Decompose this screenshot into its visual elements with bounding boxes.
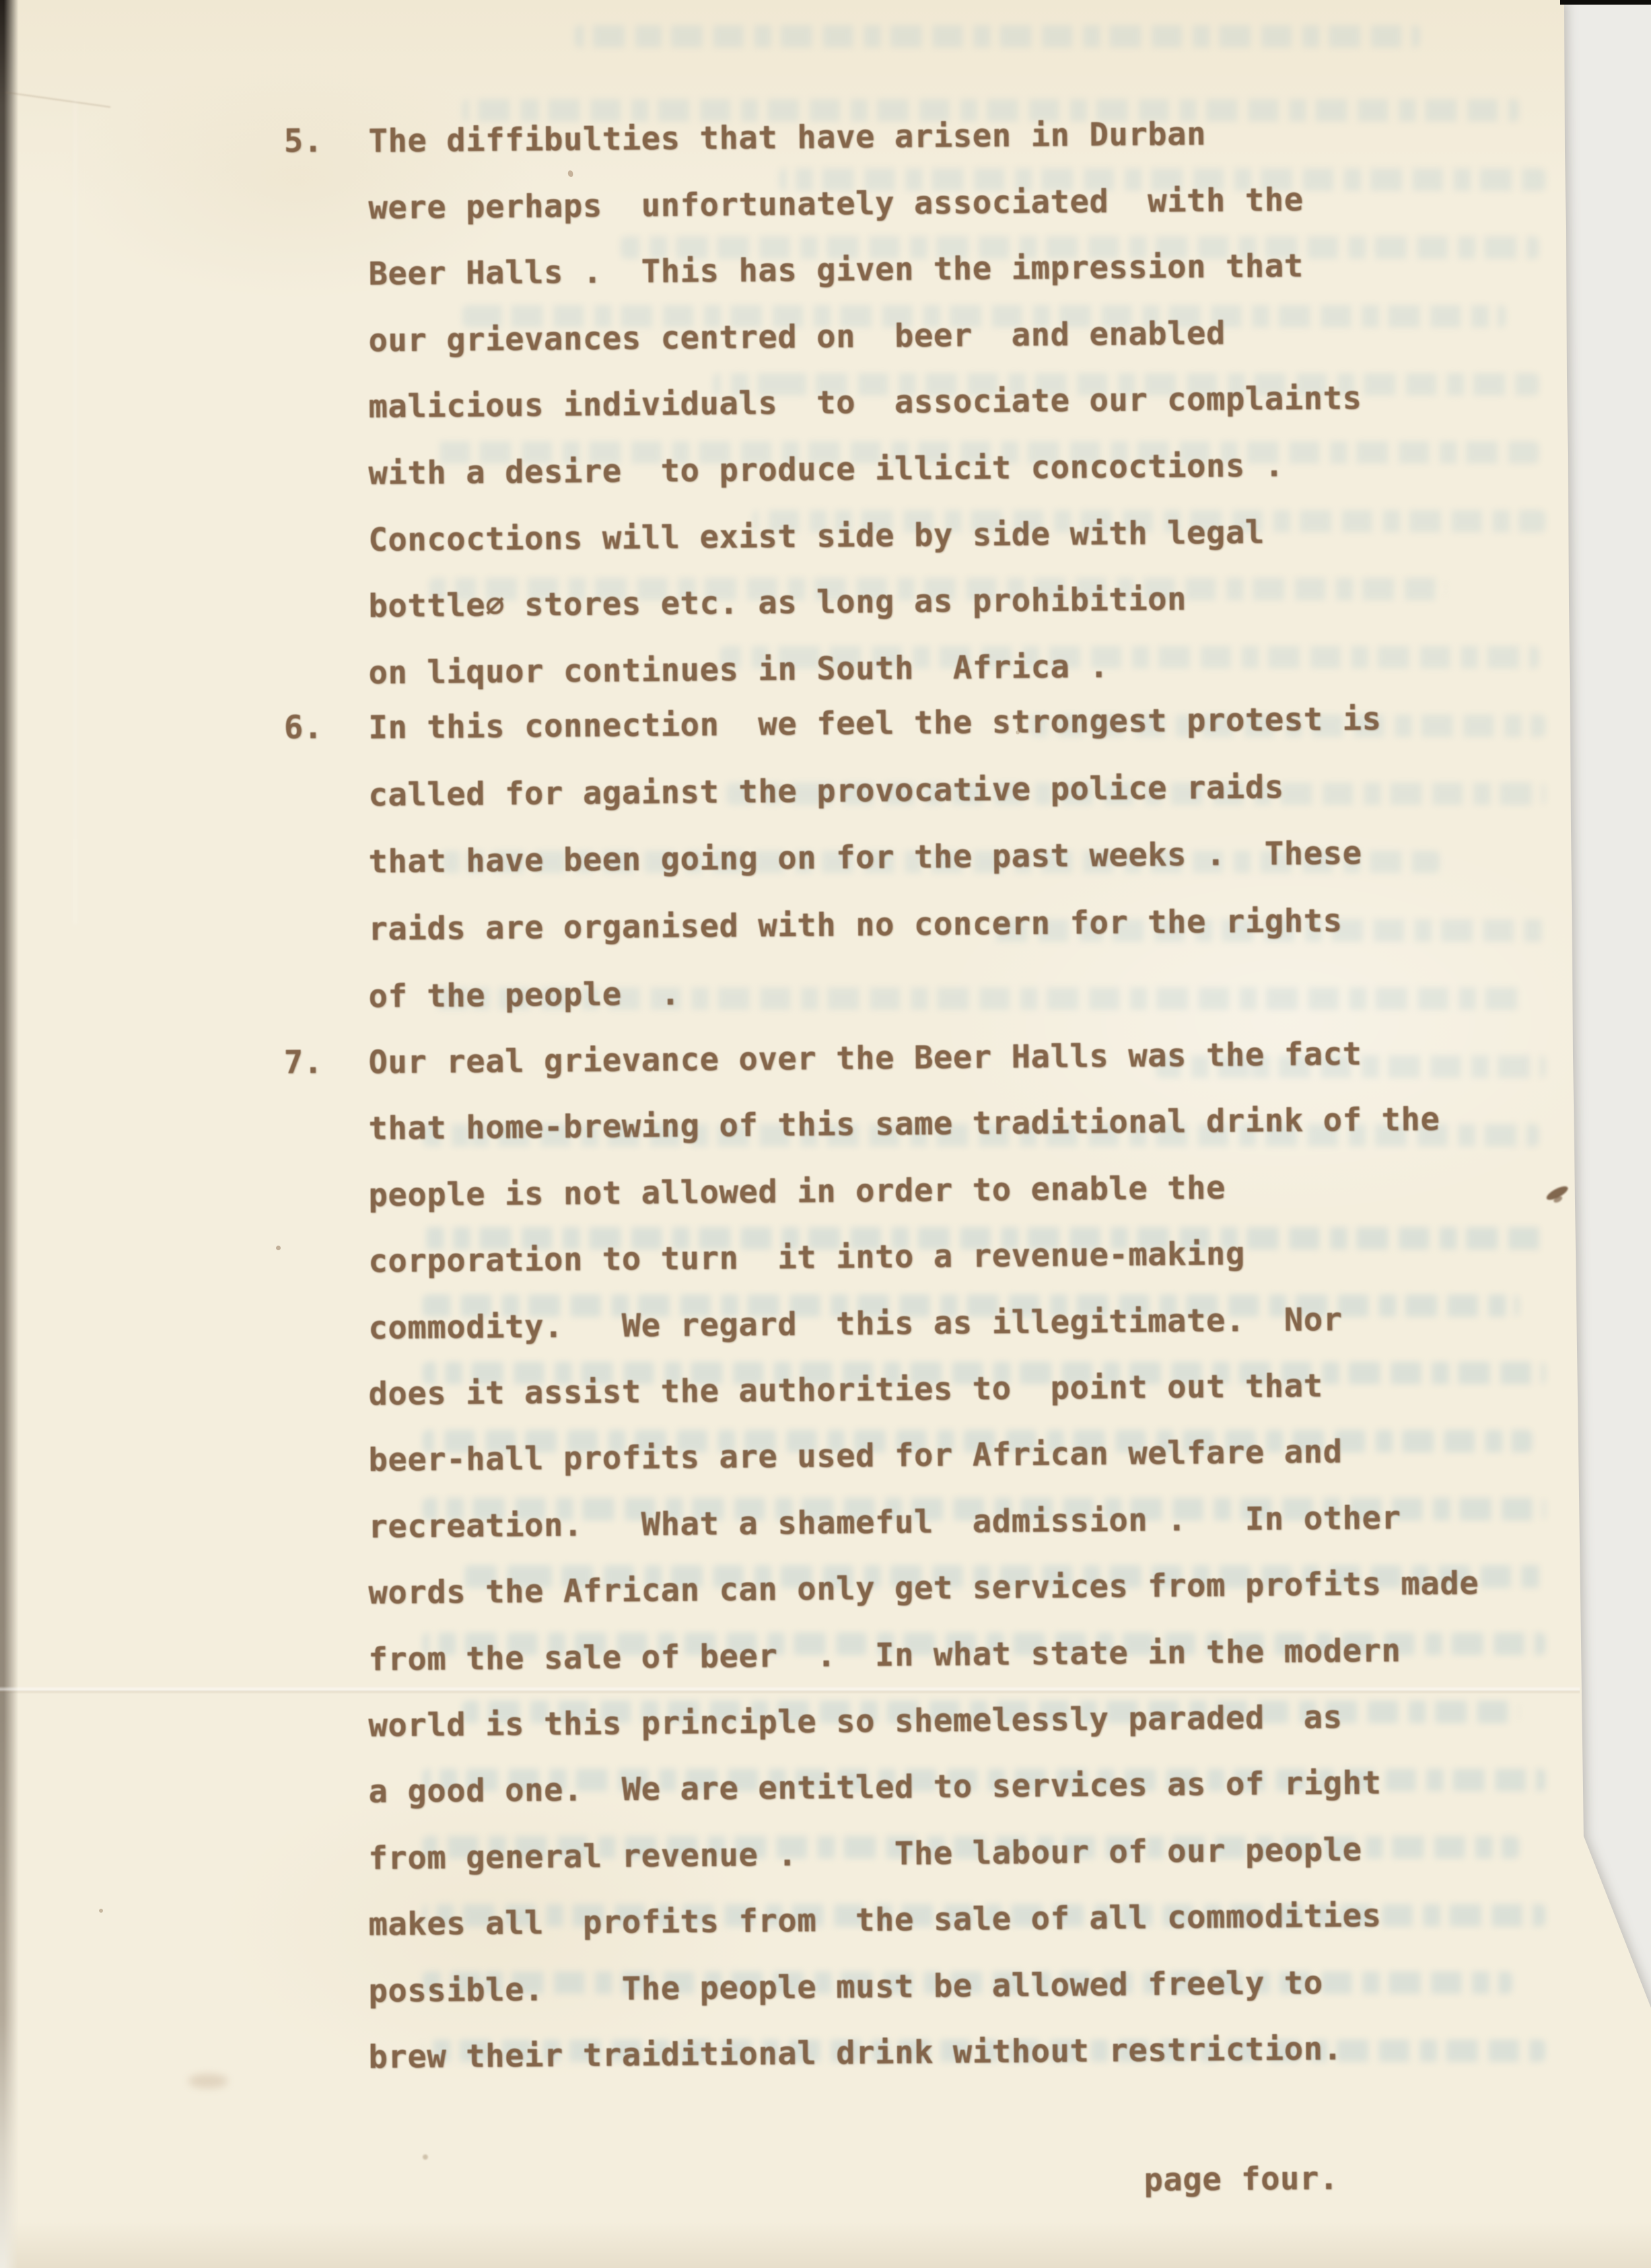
typed-line: The diffibulties that have arisen in Dur… <box>369 118 1207 157</box>
typed-line: brew their traiditional drink without re… <box>369 2033 1343 2073</box>
typed-line: recreation. What a shameful admission . … <box>369 1502 1401 1543</box>
typed-line: does it assist the authorities to point … <box>369 1370 1323 1410</box>
typed-line: commodity. We regard this as illegitimat… <box>369 1304 1343 1344</box>
document-page: 5.The diffibulties that have arisen in D… <box>0 0 1651 2268</box>
typed-line: Beer Halls . This has given the impressi… <box>369 250 1304 290</box>
typed-line: possible. The people must be allowed fre… <box>369 1967 1323 2007</box>
paper-speck <box>99 1909 103 1913</box>
typed-line: malicious individuals to associate our c… <box>369 382 1362 423</box>
typed-line: with a desire to produce illicit concoct… <box>369 450 1284 489</box>
typed-line: that have been going on for the past wee… <box>369 837 1362 878</box>
typed-line: were perhaps unfortunately associated wi… <box>369 184 1304 223</box>
typed-line: of the people . <box>369 978 680 1012</box>
paper-speck <box>1016 730 1020 734</box>
paper-crease <box>6 92 111 108</box>
page-number-footer: page four. <box>1144 2162 1339 2196</box>
typed-line: world is this principle so shemelessly p… <box>369 1701 1343 1742</box>
typed-line: our grievances centred on beer and enabl… <box>369 317 1226 356</box>
typed-line: bottle∅ stores etc. as long as prohibiti… <box>369 583 1187 622</box>
typed-line: that home-brewing of this same tradition… <box>369 1104 1440 1145</box>
background-black-sliver <box>1560 0 1651 5</box>
typed-line: Our real grievance over the Beer Halls w… <box>369 1038 1362 1079</box>
typed-line: called for against the provocative polic… <box>369 771 1284 811</box>
horizontal-fold-crease <box>0 1686 1580 1694</box>
typed-line: corporation to turn it into a revenue-ma… <box>369 1238 1246 1278</box>
typed-line: from general revenue . The labour of our… <box>369 1834 1362 1874</box>
typed-line: on liquor continues in South Africa . <box>369 651 1109 689</box>
typed-line: raids are organised with no concern for … <box>369 905 1343 945</box>
paper-vertical-streak <box>74 99 77 925</box>
typed-line: Concoctions will exist side by side with… <box>369 516 1265 556</box>
paper-speck <box>188 2074 228 2088</box>
paper-speck <box>276 1246 281 1250</box>
typed-line: words the African can only get services … <box>369 1568 1479 1610</box>
page-left-edge-shadow <box>0 0 18 2268</box>
bleed-through-line <box>575 25 1420 48</box>
photographed-sheet-wrapper: 5.The diffibulties that have arisen in D… <box>0 0 1651 2268</box>
typed-line: people is not allowed in order to enable… <box>369 1172 1226 1211</box>
typed-line: from the sale of beer . In what state in… <box>369 1635 1401 1676</box>
typed-line: beer-hall profits are used for African w… <box>369 1436 1343 1477</box>
typed-line: makes all profits from the sale of all c… <box>369 1900 1382 1940</box>
paper-speck <box>423 2154 428 2160</box>
paper-speck <box>1626 407 1630 411</box>
item-number: 7. <box>284 1046 323 1079</box>
item-number: 5. <box>284 125 323 157</box>
typed-line: a good one. We are entitled to services … <box>369 1767 1382 1808</box>
item-number: 6. <box>284 711 323 744</box>
paper-speck <box>567 170 575 178</box>
typed-line: In this connection we feel the strongest… <box>369 703 1382 744</box>
